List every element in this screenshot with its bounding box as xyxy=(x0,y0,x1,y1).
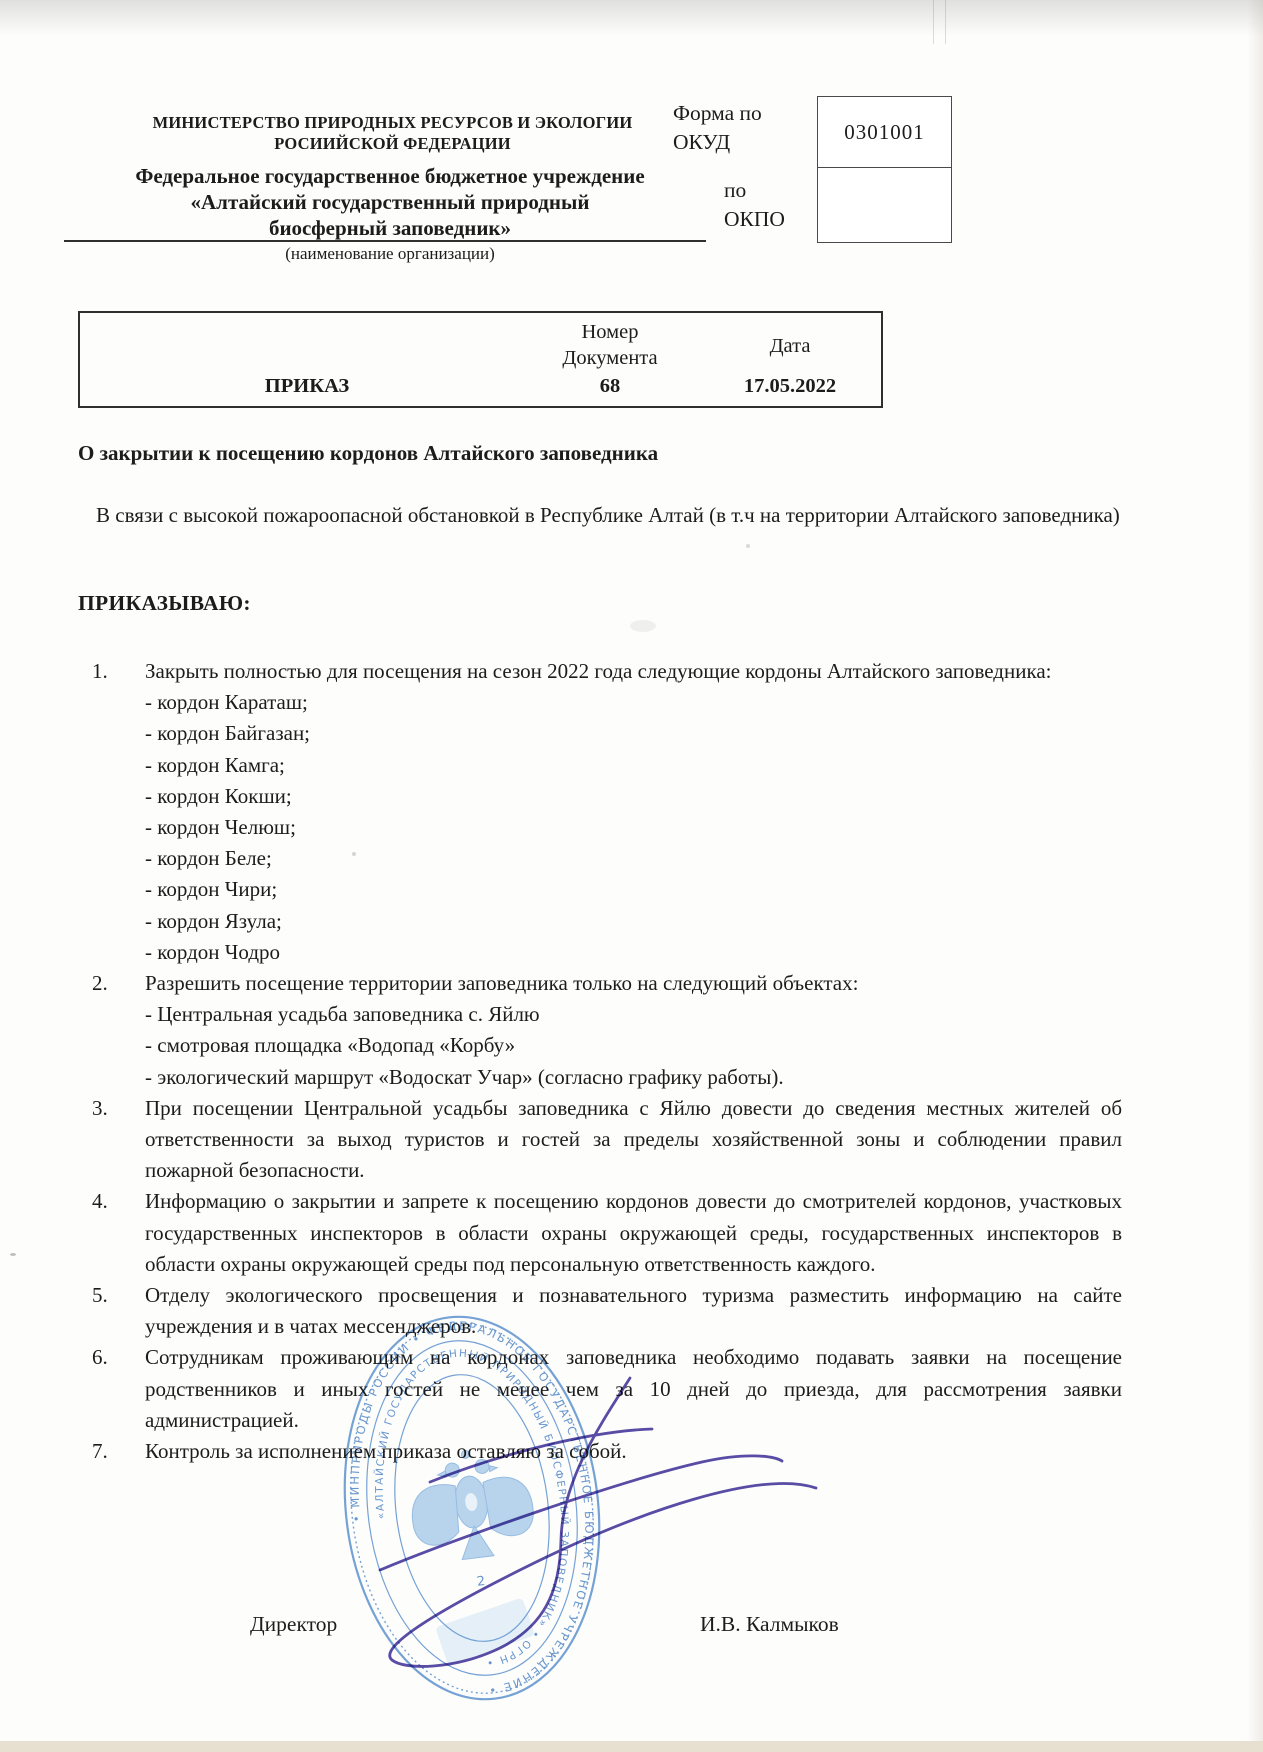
item-subitem: - кордон Байгазан; xyxy=(145,718,1122,749)
item-subitem: - смотровая площадка «Водопад «Корбу» xyxy=(145,1030,1122,1061)
item-subitem: - кордон Караташ; xyxy=(145,687,1122,718)
okud-code-value: 0301001 xyxy=(844,120,925,145)
preamble-paragraph: В связи с высокой пожароопасной обстанов… xyxy=(78,500,1122,532)
okud-label: Форма по ОКУД xyxy=(673,99,813,157)
order-list: 1. Закрыть полностью для посещения на се… xyxy=(78,656,1122,1467)
doc-number-header: Номер Документа xyxy=(520,319,700,371)
subject-title: О закрытии к посещению кордонов Алтайско… xyxy=(78,441,978,466)
scan-edge-bottom xyxy=(0,1741,1263,1752)
ministry-line2: РОСИИЙСКОЙ ФЕДЕРАЦИИ xyxy=(120,133,665,154)
scan-crease xyxy=(933,0,934,44)
doc-date-value: 17.05.2022 xyxy=(725,373,855,399)
item-subitem: - кордон Беле; xyxy=(145,843,1122,874)
item-subitem: - кордон Челюш; xyxy=(145,812,1122,843)
item-number: 5. xyxy=(78,1280,145,1311)
item-subitem: - Центральная усадьба заповедника с. Яйл… xyxy=(145,999,1122,1030)
scan-speck xyxy=(630,620,656,632)
scan-crease xyxy=(945,0,946,44)
org-line3: биосферный заповедник» xyxy=(95,215,685,241)
signature-title: Директор xyxy=(250,1612,337,1637)
item-subitem: - кордон Чодро xyxy=(145,937,1122,968)
scan-speck xyxy=(352,852,356,856)
organization-name: Федеральное государственное бюджетное уч… xyxy=(95,163,685,241)
item-text: Информацию о закрытии и запрете к посеще… xyxy=(145,1186,1122,1280)
item-subitem: - кордон Чири; xyxy=(145,874,1122,905)
okud-label-line1: Форма по xyxy=(673,99,813,128)
order-item: 4. Информацию о закрытии и запрете к пос… xyxy=(78,1186,1122,1280)
doc-number-value: 68 xyxy=(560,373,660,399)
order-table: Номер Документа Дата ПРИКАЗ 68 17.05.202… xyxy=(78,311,883,408)
item-number: 4. xyxy=(78,1186,145,1217)
item-number: 6. xyxy=(78,1342,145,1373)
order-item: 6. Сотрудникам проживающим на кордонах з… xyxy=(78,1342,1122,1436)
order-item: 7. Контроль за исполнением приказа остав… xyxy=(78,1436,1122,1467)
doc-date-header: Дата xyxy=(725,333,855,359)
item-number: 7. xyxy=(78,1436,145,1467)
okud-label-line2: ОКУД xyxy=(673,128,813,157)
order-item: 3. При посещении Центральной усадьбы зап… xyxy=(78,1093,1122,1187)
item-number: 3. xyxy=(78,1093,145,1124)
order-item: 2. Разрешить посещение территории запове… xyxy=(78,968,1122,1093)
item-subitem: - кордон Кокши; xyxy=(145,781,1122,812)
item-number: 2. xyxy=(78,968,145,999)
signature-name: И.В. Калмыков xyxy=(700,1612,839,1637)
doc-number-header-line2: Документа xyxy=(520,345,700,371)
ministry-name: МИНИСТЕРСТВО ПРИРОДНЫХ РЕСУРСОВ И ЭКОЛОГ… xyxy=(120,112,665,154)
item-text: Контроль за исполнением приказа оставляю… xyxy=(145,1436,1122,1467)
stamp-smudge xyxy=(435,1597,535,1665)
item-text: Отделу экологического просвещения и позн… xyxy=(145,1280,1122,1342)
resolution-heading: ПРИКАЗЫВАЮ: xyxy=(78,591,251,616)
ministry-line1: МИНИСТЕРСТВО ПРИРОДНЫХ РЕСУРСОВ И ЭКОЛОГ… xyxy=(120,112,665,133)
org-line2: «Алтайский государственный природный xyxy=(95,189,685,215)
okud-code-box: 0301001 xyxy=(817,96,952,169)
item-text: Сотрудникам проживающим на кордонах запо… xyxy=(145,1342,1122,1436)
doc-number-header-line1: Номер xyxy=(520,319,700,345)
item-subitem: - кордон Язула; xyxy=(145,906,1122,937)
scan-speck xyxy=(10,1253,16,1256)
item-number: 1. xyxy=(78,656,145,687)
scan-edge-top xyxy=(0,0,1263,36)
scan-speck xyxy=(746,544,750,548)
item-text: Разрешить посещение территории заповедни… xyxy=(145,968,1122,999)
okpo-code-box xyxy=(817,167,952,243)
document-page: МИНИСТЕРСТВО ПРИРОДНЫХ РЕСУРСОВ И ЭКОЛОГ… xyxy=(0,0,1263,1752)
doc-type-label: ПРИКАЗ xyxy=(197,373,417,399)
org-name-underline xyxy=(64,240,706,242)
scan-edge-right xyxy=(1247,0,1263,1752)
stamp-number: 2 xyxy=(476,1574,486,1590)
org-line1: Федеральное государственное бюджетное уч… xyxy=(95,163,685,189)
item-subitem: - кордон Камга; xyxy=(145,750,1122,781)
order-item: 1. Закрыть полностью для посещения на се… xyxy=(78,656,1122,968)
item-text: Закрыть полностью для посещения на сезон… xyxy=(145,656,1122,687)
item-subitem: - экологический маршрут «Водоскат Учар» … xyxy=(145,1062,1122,1093)
item-text: При посещении Центральной усадьбы запове… xyxy=(145,1093,1122,1187)
org-caption: (наименование организации) xyxy=(95,244,685,264)
order-item: 5. Отделу экологического просвещения и п… xyxy=(78,1280,1122,1342)
